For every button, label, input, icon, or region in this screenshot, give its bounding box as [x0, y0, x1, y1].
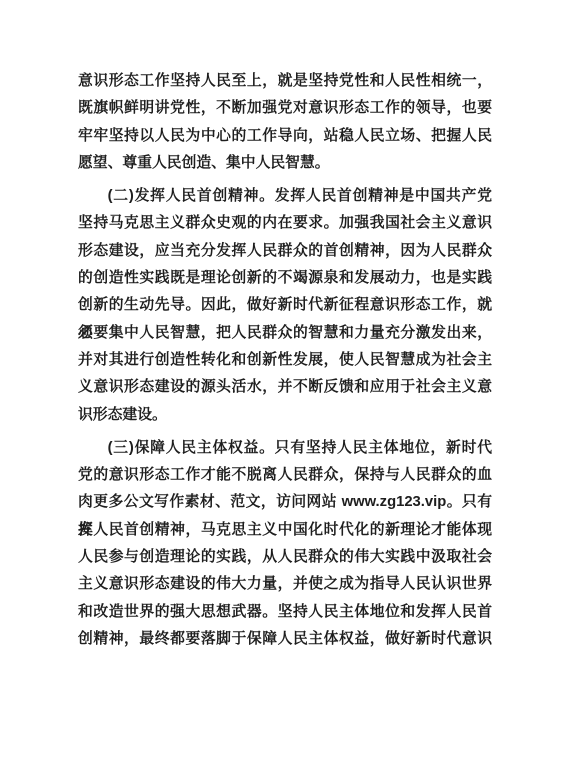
text-line: 的创造性实践既是理论创新的不竭源泉和发展动力，也是实践 — [78, 265, 492, 292]
text-line: 人民参与创造理论的实践，从人民群众的伟大实践中汲取社会 — [78, 544, 492, 571]
text-line: (三)保障人民主体权益。只有坚持人民主体地位，新时代 — [78, 435, 492, 462]
document-page: 意识形态工作坚持人民至上，就是坚持党性和人民性相统一， 既旗帜鲜明讲党性，不断加… — [0, 0, 586, 759]
text-line: (二)发挥人民首创精神。发挥人民首创精神是中国共产党 — [78, 183, 492, 210]
text-line: 意识形态工作坚持人民至上，就是坚持党性和人民性相统一， — [78, 68, 492, 95]
text-line: 创精神，最终都要落脚于保障人民主体权益，做好新时代意识 — [78, 626, 492, 653]
text-line: 既旗帜鲜明讲党性，不断加强党对意识形态工作的领导，也要 — [78, 95, 492, 122]
text-line: 主义意识形态建设的伟大力量，并使之成为指导人民认识世界 — [78, 571, 492, 598]
text-line-with-url: 肉更多公文写作素材、范文，访问网站 www.zg123.vip。只有发 — [78, 489, 492, 516]
paragraph-section-2: (二)发挥人民首创精神。发挥人民首创精神是中国共产党 坚持马克思主义群众史观的内… — [78, 183, 492, 429]
text-line: 愿望、尊重人民创造、集中人民智慧。 — [78, 150, 492, 177]
paragraph-section-3: (三)保障人民主体权益。只有坚持人民主体地位，新时代 党的意识形态工作才能不脱离… — [78, 435, 492, 653]
text-line: 党的意识形态工作才能不脱离人民群众，保持与人民群众的血 — [78, 462, 492, 489]
paragraph-continuation: 意识形态工作坚持人民至上，就是坚持党性和人民性相统一， 既旗帜鲜明讲党性，不断加… — [78, 68, 492, 177]
text-line: 挥人民首创精神，马克思主义中国化时代化的新理论才能体现 — [78, 517, 492, 544]
text-line: 坚持马克思主义群众史观的内在要求。加强我国社会主义意识 — [78, 210, 492, 237]
document-text-block: 意识形态工作坚持人民至上，就是坚持党性和人民性相统一， 既旗帜鲜明讲党性，不断加… — [78, 68, 492, 653]
text-line: 须要集中人民智慧，把人民群众的智慧和力量充分激发出来， — [78, 320, 492, 347]
text-line: 形态建设，应当充分发挥人民群众的首创精神，因为人民群众 — [78, 238, 492, 265]
text-line: 并对其进行创造性转化和创新性发展，使人民智慧成为社会主 — [78, 347, 492, 374]
text-line: 义意识形态建设的源头活水，并不断反馈和应用于社会主义意 — [78, 374, 492, 401]
text-line: 创新的生动先导。因此，做好新时代新征程意识形态工作，就必 — [78, 292, 492, 319]
text-line: 牢牢坚持以人民为中心的工作导向，站稳人民立场、把握人民 — [78, 123, 492, 150]
text-line: 和改造世界的强大思想武器。坚持人民主体地位和发挥人民首 — [78, 599, 492, 626]
text-line: 识形态建设。 — [78, 402, 492, 429]
